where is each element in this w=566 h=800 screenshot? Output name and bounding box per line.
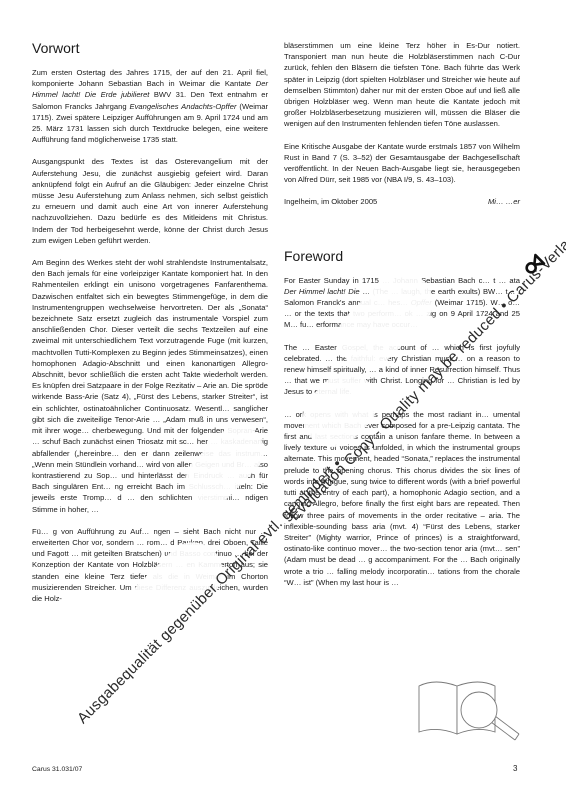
catalog-number: Carus 31.031/07 bbox=[32, 766, 82, 773]
foreword-heading: Foreword bbox=[284, 248, 520, 264]
vorwort-heading: Vorwort bbox=[32, 40, 268, 56]
signature-place: Ingelheim, im Oktober 2005 bbox=[284, 196, 377, 207]
source-title: Evangelisches Andachts-Opffer bbox=[130, 102, 237, 111]
vorwort-column: Vorwort Zum ersten Ostertag des Jahres 1… bbox=[32, 40, 268, 615]
carus-logo-icon bbox=[522, 253, 546, 277]
edition-paragraph: Eine Kritische Ausgabe der Kantate wurde… bbox=[284, 141, 520, 186]
cantata-title: Der Himmel lacht! Die bbox=[284, 287, 360, 296]
signature-line: Ingelheim, im Oktober 2005 Mi… …er bbox=[284, 196, 520, 207]
text-span: Zum ersten Ostertag des Jahres 1715, der… bbox=[32, 68, 268, 88]
page-number: 3 bbox=[513, 764, 517, 773]
watermark-halo bbox=[58, 638, 143, 723]
signature-name: Mi… …er bbox=[488, 196, 520, 207]
book-magnifier-icon bbox=[413, 674, 523, 746]
vorwort-paragraph-1: Zum ersten Ostertag des Jahres 1715, der… bbox=[32, 67, 268, 145]
vorwort-paragraph-2: Ausgangspunkt des Textes ist das Osterev… bbox=[32, 156, 268, 246]
vorwort-continuation: bläserstimmen um eine kleine Terz höher … bbox=[284, 40, 520, 130]
watermark-halo bbox=[450, 215, 510, 235]
